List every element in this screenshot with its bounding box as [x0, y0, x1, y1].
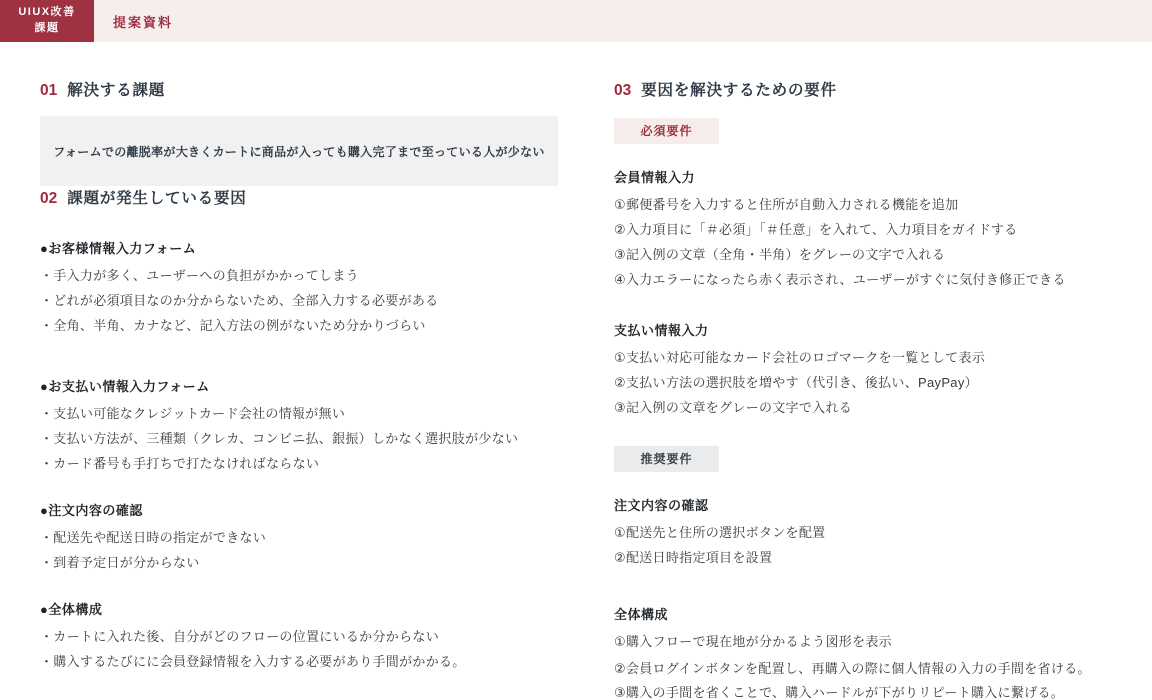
- factor-item: ・配送先や配送日時の指定ができない: [40, 531, 558, 544]
- requirement-item: ①郵便番号を入力すると住所が自動入力される機能を追加: [614, 198, 1112, 211]
- requirement-list: ①支払い対応可能なカード会社のロゴマークを一覧として表示 ②支払い方法の選択肢を…: [614, 351, 1112, 414]
- requirement-group-heading: 会員情報入力: [614, 167, 1112, 186]
- section-02-number: 02: [40, 190, 57, 208]
- factor-group-heading: ●全体構成: [40, 599, 558, 618]
- factor-item: ・支払い可能なクレジットカード会社の情報が無い: [40, 407, 558, 420]
- factor-item: ・到着予定日が分からない: [40, 556, 558, 569]
- app-logo: UIUX改善 課題: [0, 0, 94, 42]
- factor-item: ・支払い方法が、三種類（クレカ、コンビニ払、銀振）しかなく選択肢が少ない: [40, 432, 558, 445]
- requirement-group-heading: 注文内容の確認: [614, 495, 1112, 514]
- section-02-heading: 02 課題が発生している要因: [40, 186, 558, 208]
- top-bar: UIUX改善 課題 提案資料: [0, 0, 1152, 42]
- section-03-number: 03: [614, 82, 631, 100]
- recommended-badge: 推奨要件: [614, 446, 719, 472]
- requirement-item: ③記入例の文章をグレーの文字で入れる: [614, 401, 1112, 414]
- factor-item: ・カード番号も手打ちで打たなければならない: [40, 457, 558, 470]
- requirement-item: ③購入の手間を省くことで、購入ハードルが下がりリピート購入に繋げる。: [614, 684, 1112, 700]
- section-02-title: 課題が発生している要因: [67, 186, 246, 208]
- requirement-list: ①郵便番号を入力すると住所が自動入力される機能を追加 ②入力項目に「＃必須」「＃…: [614, 198, 1112, 286]
- main-content: 01 解決する課題 フォームでの離脱率が大きくカートに商品が入っても購入完了まで…: [0, 42, 1152, 700]
- factor-group-payment-info: ●お支払い情報入力フォーム ・支払い可能なクレジットカード会社の情報が無い ・支…: [40, 376, 558, 470]
- requirement-item: ①支払い対応可能なカード会社のロゴマークを一覧として表示: [614, 351, 1112, 364]
- factor-item: ・手入力が多く、ユーザーへの負担がかかってしまう: [40, 269, 558, 282]
- requirement-item: ①購入フローで現在地が分かるよう図形を表示: [614, 635, 1112, 648]
- factor-list: ・配送先や配送日時の指定ができない ・到着予定日が分からない: [40, 531, 558, 569]
- factor-item: ・購入するたびにに会員登録情報を入力する必要があり手間がかかる。: [40, 655, 558, 668]
- page-title: 提案資料: [113, 0, 173, 42]
- section-03-title: 要因を解決するための要件: [641, 78, 837, 100]
- factor-item: ・カートに入れた後、自分がどのフローの位置にいるか分からない: [40, 630, 558, 643]
- requirement-item: ②配送日時指定項目を設置: [614, 551, 1112, 564]
- factor-list: ・カートに入れた後、自分がどのフローの位置にいるか分からない ・購入するたびにに…: [40, 630, 558, 668]
- requirement-list: ①購入フローで現在地が分かるよう図形を表示 ②会員ログインボタンを配置し、再購入…: [614, 635, 1112, 700]
- section-01-number: 01: [40, 82, 57, 100]
- requirement-item: ④入力エラーになったら赤く表示され、ユーザーがすぐに気付き修正できる: [614, 273, 1112, 286]
- factor-group-heading: ●注文内容の確認: [40, 500, 558, 519]
- factor-item: ・どれが必須項目なのか分からないため、全部入力する必要がある: [40, 294, 558, 307]
- required-badge: 必須要件: [614, 118, 719, 144]
- right-column: 03 要因を解決するための要件 必須要件 会員情報入力 ①郵便番号を入力すると住…: [614, 78, 1112, 700]
- requirement-group-overall-structure: 全体構成 ①購入フローで現在地が分かるよう図形を表示 ②会員ログインボタンを配置…: [614, 604, 1112, 700]
- requirement-item: ③記入例の文章（全角・半角）をグレーの文字で入れる: [614, 248, 1112, 261]
- factor-list: ・手入力が多く、ユーザーへの負担がかかってしまう ・どれが必須項目なのか分からな…: [40, 269, 558, 332]
- section-01-heading: 01 解決する課題: [40, 78, 558, 100]
- logo-line-2: 課題: [35, 21, 60, 37]
- requirement-list: ①配送先と住所の選択ボタンを配置 ②配送日時指定項目を設置: [614, 526, 1112, 564]
- factor-list: ・支払い可能なクレジットカード会社の情報が無い ・支払い方法が、三種類（クレカ、…: [40, 407, 558, 470]
- factor-group-overall-structure: ●全体構成 ・カートに入れた後、自分がどのフローの位置にいるか分からない ・購入…: [40, 599, 558, 668]
- factor-group-heading: ●お支払い情報入力フォーム: [40, 376, 558, 395]
- problem-statement-box: フォームでの離脱率が大きくカートに商品が入っても購入完了まで至っている人が少ない: [40, 116, 558, 186]
- requirement-item: ②会員ログインボタンを配置し、再購入の際に個人情報の入力の手間を省ける。: [614, 660, 1112, 679]
- factor-group-heading: ●お客様情報入力フォーム: [40, 238, 558, 257]
- factor-item: ・全角、半角、カナなど、記入方法の例がないため分かりづらい: [40, 319, 558, 332]
- requirement-item: ②支払い方法の選択肢を増やす（代引き、後払い、PayPay）: [614, 376, 1112, 389]
- section-01-title: 解決する課題: [67, 78, 165, 100]
- factor-group-order-confirmation: ●注文内容の確認 ・配送先や配送日時の指定ができない ・到着予定日が分からない: [40, 500, 558, 569]
- requirement-group-heading: 支払い情報入力: [614, 320, 1112, 339]
- requirement-group-payment-info: 支払い情報入力 ①支払い対応可能なカード会社のロゴマークを一覧として表示 ②支払…: [614, 320, 1112, 414]
- requirement-group-heading: 全体構成: [614, 604, 1112, 623]
- section-03-heading: 03 要因を解決するための要件: [614, 78, 1112, 100]
- logo-line-1: UIUX改善: [18, 5, 75, 21]
- left-column: 01 解決する課題 フォームでの離脱率が大きくカートに商品が入っても購入完了まで…: [40, 78, 558, 700]
- requirement-group-member-info: 会員情報入力 ①郵便番号を入力すると住所が自動入力される機能を追加 ②入力項目に…: [614, 167, 1112, 286]
- factor-group-customer-info: ●お客様情報入力フォーム ・手入力が多く、ユーザーへの負担がかかってしまう ・ど…: [40, 238, 558, 332]
- requirement-item: ②入力項目に「＃必須」「＃任意」を入れて、入力項目をガイドする: [614, 223, 1112, 236]
- requirement-group-order-confirmation: 注文内容の確認 ①配送先と住所の選択ボタンを配置 ②配送日時指定項目を設置: [614, 495, 1112, 564]
- requirement-item: ①配送先と住所の選択ボタンを配置: [614, 526, 1112, 539]
